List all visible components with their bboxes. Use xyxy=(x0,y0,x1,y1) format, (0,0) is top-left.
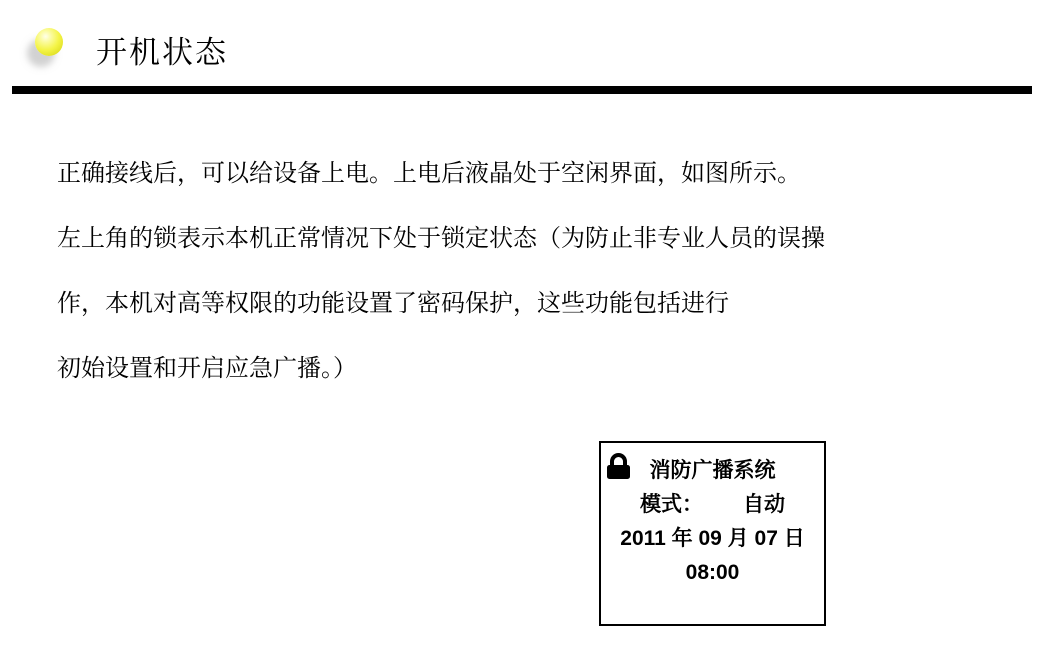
title-divider xyxy=(12,86,1032,94)
yellow-ball-icon xyxy=(35,28,63,56)
manual-page: 开机状态 正确接线后，可以给设备上电。上电后液晶处于空闲界面，如图所示。 左上角… xyxy=(0,0,1044,654)
lcd-date: 2011 年 09 月 07 日 xyxy=(601,522,824,556)
lcd-mode-label: 模式： xyxy=(640,493,703,516)
lcd-display: 消防广播系统 模式：自动 2011 年 09 月 07 日 08:00 xyxy=(599,441,826,626)
lock-icon xyxy=(606,452,631,480)
body-text: 正确接线后，可以给设备上电。上电后液晶处于空闲界面，如图所示。 左上角的锁表示本… xyxy=(57,142,997,402)
body-line-3: 作，本机对高等权限的功能设置了密码保护，这些功能包括进行 xyxy=(57,272,997,337)
body-line-1: 正确接线后，可以给设备上电。上电后液晶处于空闲界面，如图所示。 xyxy=(57,142,997,207)
lcd-mode-value: 自动 xyxy=(743,493,785,516)
body-line-4: 初始设置和开启应急广播。） xyxy=(57,337,997,402)
lcd-system-title: 消防广播系统 xyxy=(601,454,824,488)
page-title: 开机状态 xyxy=(96,36,228,70)
body-line-2: 左上角的锁表示本机正常情况下处于锁定状态（为防止非专业人员的误操 xyxy=(57,207,997,272)
lcd-time: 08:00 xyxy=(601,556,824,590)
lcd-mode-line: 模式：自动 xyxy=(601,488,824,522)
